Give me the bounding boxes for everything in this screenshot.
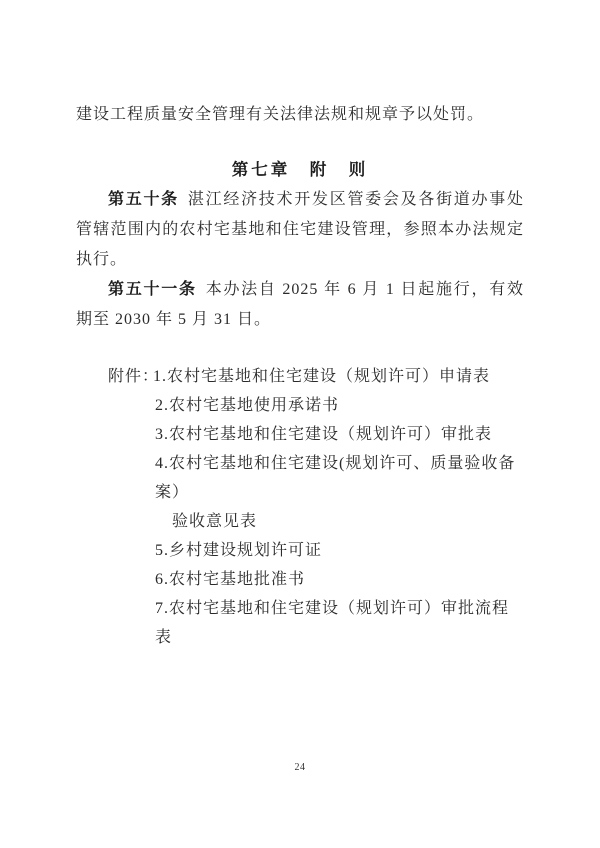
article-50-label: 第五十条 xyxy=(108,191,179,208)
article-50: 第五十条湛江经济技术开发区管委会及各街道办事处管辖范围内的农村宅基地和住宅建设管… xyxy=(76,185,524,275)
page-number: 24 xyxy=(0,762,600,773)
article-51-label: 第五十一条 xyxy=(108,281,197,298)
attachment-item-7: 7.农村宅基地和住宅建设（规划许可）审批流程表 xyxy=(155,594,524,652)
attachment-item-5: 5.乡村建设规划许可证 xyxy=(155,536,524,565)
attachments-list: 附件：1.农村宅基地和住宅建设（规划许可）申请表 2.农村宅基地使用承诺书 3.… xyxy=(76,362,524,652)
attachment-item-6: 6.农村宅基地批准书 xyxy=(155,565,524,594)
attachment-item-1: 1.农村宅基地和住宅建设（规划许可）申请表 xyxy=(153,368,490,385)
chapter-heading: 第七章 附 则 xyxy=(76,155,524,185)
attachments-label: 附件： xyxy=(108,368,159,385)
attachment-item-3: 3.农村宅基地和住宅建设（规划许可）审批表 xyxy=(155,420,524,449)
attachment-item-4: 4.农村宅基地和住宅建设(规划许可、质量验收备案） xyxy=(155,449,524,507)
attachment-item: 附件：1.农村宅基地和住宅建设（规划许可）申请表 xyxy=(108,362,524,391)
article-51: 第五十一条本办法自 2025 年 6 月 1 日起施行，有效期至 2030 年 … xyxy=(76,275,524,335)
paragraph-continuation: 建设工程质量安全管理有关法律法规和规章予以处罚。 xyxy=(76,100,524,130)
document-body: 建设工程质量安全管理有关法律法规和规章予以处罚。 第七章 附 则 第五十条湛江经… xyxy=(76,0,524,652)
attachment-item-4-continuation: 验收意见表 xyxy=(172,507,524,536)
document-page: 建设工程质量安全管理有关法律法规和规章予以处罚。 第七章 附 则 第五十条湛江经… xyxy=(0,0,600,848)
attachment-item-2: 2.农村宅基地使用承诺书 xyxy=(155,391,524,420)
